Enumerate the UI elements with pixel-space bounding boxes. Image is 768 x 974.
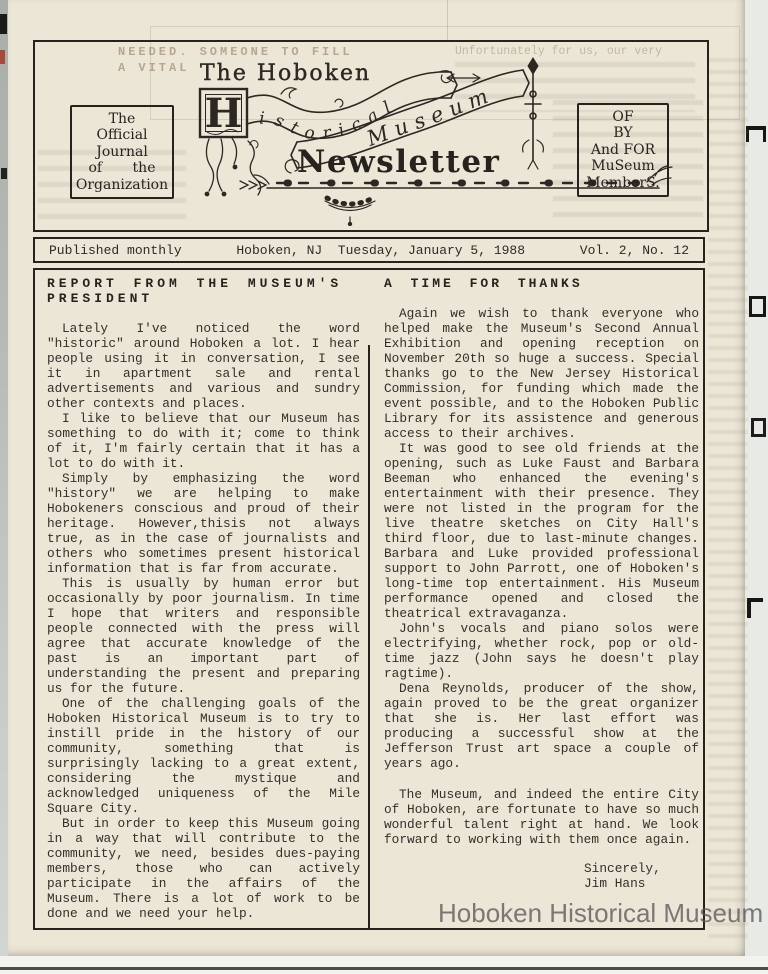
edge-mark [1, 168, 7, 179]
paragraph: Simply by emphasizing the word "history"… [47, 471, 360, 576]
bleedthrough-mark [751, 418, 766, 437]
signoff-name: Jim Hans [584, 876, 699, 891]
scanned-newsletter-page: NEEDED. SOMEONE TO FILL A VITAL Unfortun… [0, 0, 768, 974]
paragraph: I like to believe that our Museum has so… [47, 411, 360, 471]
right-article-text: Again we wish to thank everyone who help… [384, 306, 699, 847]
published-frequency: Published monthly [49, 243, 182, 258]
bleedthrough-mark [749, 296, 766, 317]
masthead-initial: H [205, 90, 243, 137]
box-line: Official [72, 127, 172, 144]
column-divider [368, 345, 370, 928]
location-date: Hoboken, NJ Tuesday, January 5, 1988 [236, 243, 525, 258]
article-right-column: A TIME FOR THANKS Again we wish to thank… [370, 270, 703, 928]
box-line: Journal [72, 144, 172, 161]
left-article-heading: REPORT FROM THE MUSEUM'S PRESIDENT [47, 276, 360, 306]
box-line: BY [579, 125, 667, 142]
scanner-left-edge [0, 0, 8, 974]
box-line: of the [72, 160, 172, 177]
left-article-text: Lately I've noticed the word "historic" … [47, 321, 360, 921]
scanner-bottom-edge [0, 956, 768, 974]
edge-mark-red [0, 50, 5, 64]
archive-watermark: Hoboken Historical Museum [438, 898, 763, 929]
edge-mark [0, 14, 7, 34]
box-line: OF [579, 109, 667, 126]
box-line: MuSeum [579, 158, 667, 175]
article-body: REPORT FROM THE MUSEUM'S PRESIDENT Latel… [33, 268, 705, 930]
paragraph: John's vocals and piano solos were elect… [384, 621, 699, 681]
article-left-column: REPORT FROM THE MUSEUM'S PRESIDENT Latel… [35, 270, 370, 928]
newsletter-title: Newsletter [297, 144, 500, 180]
paragraph: Again we wish to thank everyone who help… [384, 306, 699, 441]
paragraph: One of the challenging goals of the Hobo… [47, 696, 360, 816]
official-journal-box: The Official Journal of the Organization [70, 105, 174, 199]
bleedthrough-mark [746, 126, 766, 142]
box-line: MemberS. [579, 175, 667, 192]
masthead-script: The Hoboken [200, 61, 371, 86]
scanner-right-edge [745, 0, 768, 974]
paragraph: This is usually by human error but occas… [47, 576, 360, 696]
scan-edge-line [0, 967, 768, 970]
paragraph: But in order to keep this Museum going i… [47, 816, 360, 921]
paragraph: Lately I've noticed the word "historic" … [47, 321, 360, 411]
publication-info-bar: Published monthly Hoboken, NJ Tuesday, J… [33, 237, 705, 263]
signoff-closing: Sincerely, [584, 861, 699, 876]
box-line: Organization [72, 177, 172, 194]
box-line: The [72, 111, 172, 128]
box-line: And FOR [579, 142, 667, 159]
newsletter-page: NEEDED. SOMEONE TO FILL A VITAL Unfortun… [8, 0, 745, 956]
members-box: OF BY And FOR MuSeum MemberS. [577, 103, 669, 197]
bleedthrough-lines [708, 58, 748, 938]
paragraph: The Museum, and indeed the entire City o… [384, 787, 699, 847]
paragraph: Dena Reynolds, producer of the show, aga… [384, 681, 699, 771]
right-article-heading: A TIME FOR THANKS [384, 276, 699, 291]
masthead: The Hoboken H istorical Museum Newslette… [33, 40, 709, 232]
signature-block: Sincerely, Jim Hans [584, 861, 699, 891]
bleedthrough-mark [747, 598, 763, 618]
volume-number: Vol. 2, No. 12 [580, 243, 689, 258]
paragraph: It was good to see old friends at the op… [384, 441, 699, 621]
